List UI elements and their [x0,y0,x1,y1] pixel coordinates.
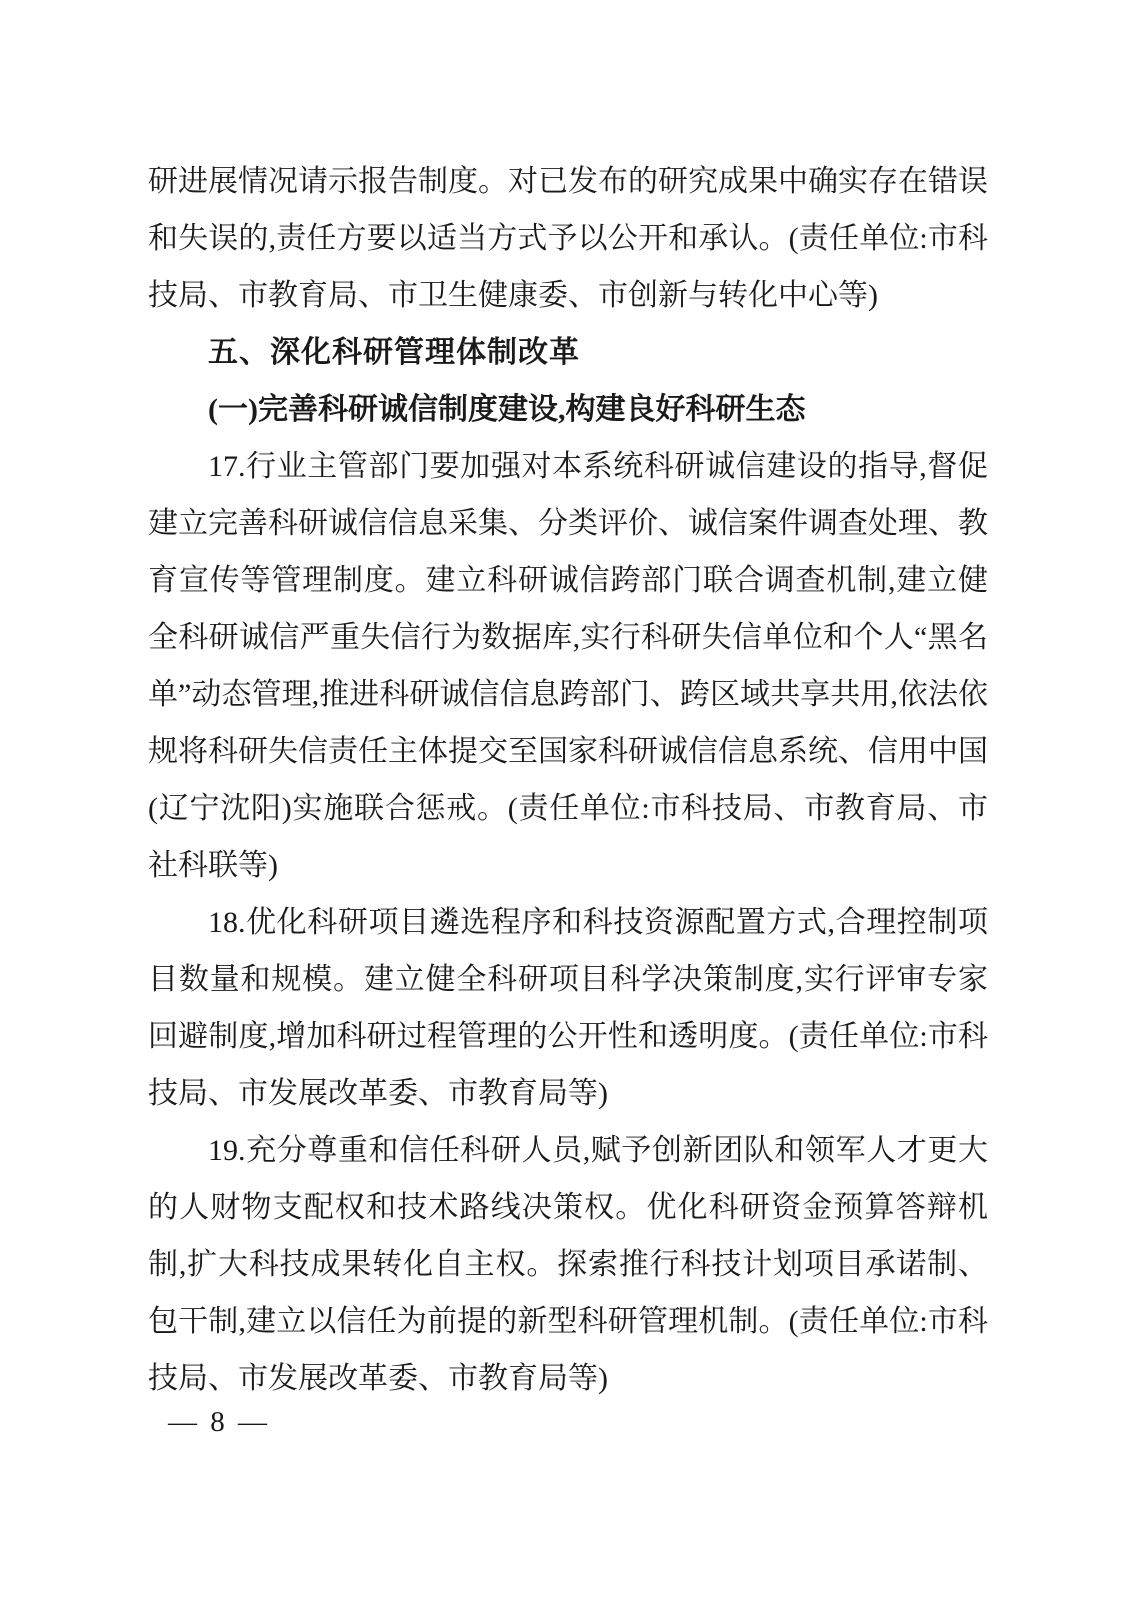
page-number: — 8 — [168,1394,270,1451]
document-page: 研进展情况请示报告制度。对已发布的研究成果中确实存在错误和失误的,责任方要以适当… [0,0,1131,1600]
item-17-paragraph: 17.行业主管部门要加强对本系统科研诚信建设的指导,督促建立完善科研诚信信息采集… [148,438,988,894]
item-18-paragraph: 18.优化科研项目遴选程序和科技资源配置方式,合理控制项目数量和规模。建立健全科… [148,894,988,1122]
item-19-paragraph: 19.充分尊重和信任科研人员,赋予创新团队和领军人才更大的人财物支配权和技术路线… [148,1122,988,1407]
section-heading: 五、深化科研管理体制改革 [148,324,988,381]
continuation-paragraph: 研进展情况请示报告制度。对已发布的研究成果中确实存在错误和失误的,责任方要以适当… [148,153,988,324]
document-body: 研进展情况请示报告制度。对已发布的研究成果中确实存在错误和失误的,责任方要以适当… [148,153,988,1407]
subsection-heading: (一)完善科研诚信制度建设,构建良好科研生态 [148,381,988,438]
